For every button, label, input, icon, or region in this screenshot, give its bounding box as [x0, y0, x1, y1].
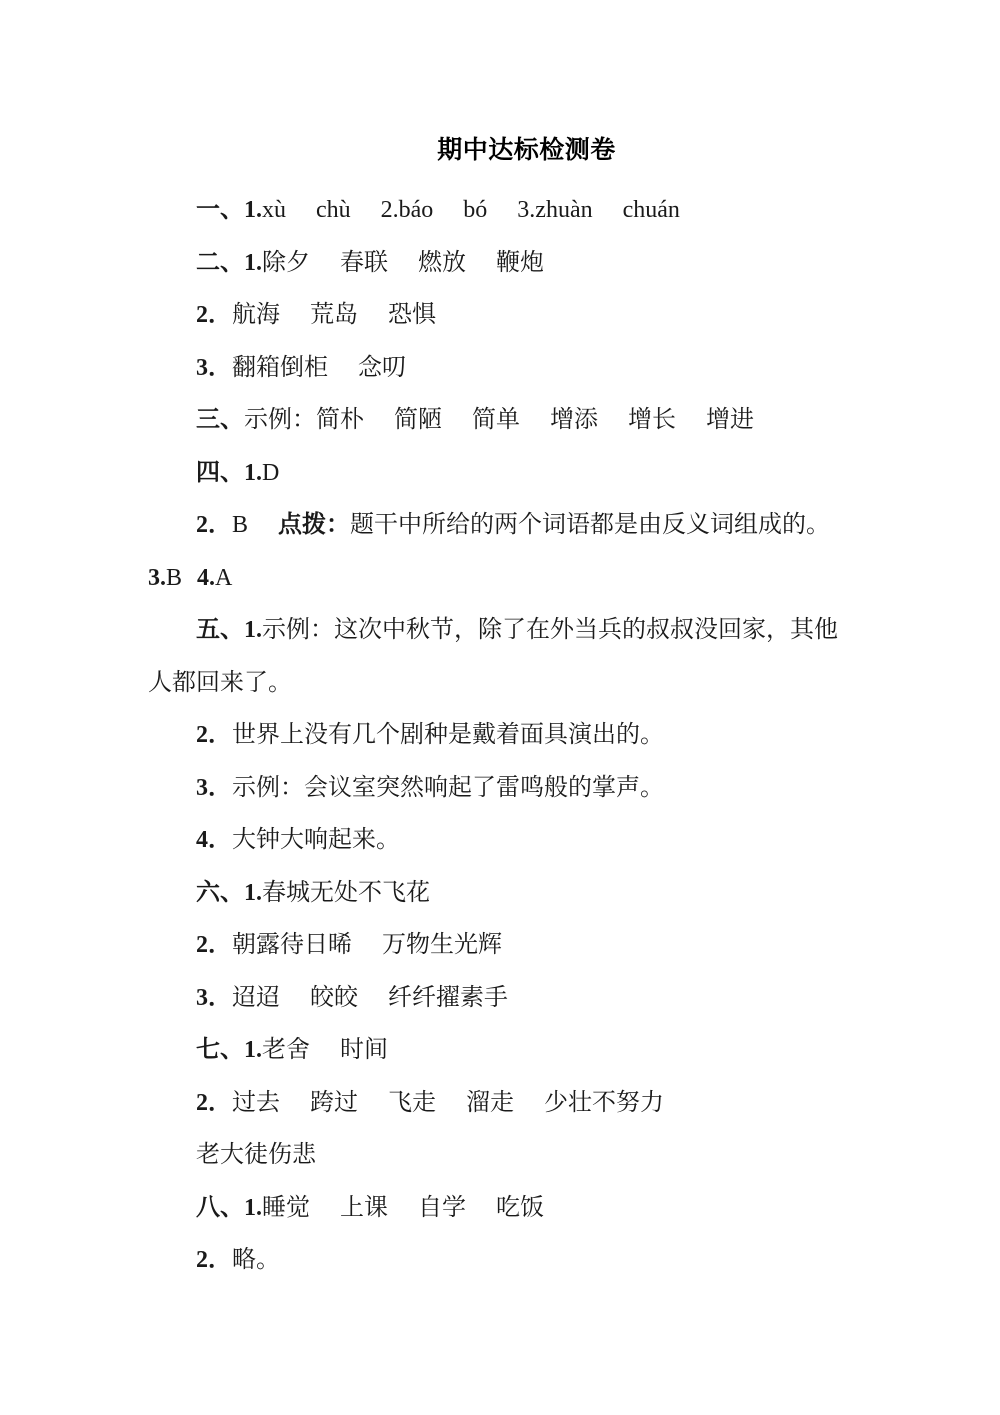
text-segment: 示例：这次中秋节，除了在外当兵的叔叔没回家，其他: [262, 617, 838, 643]
text-segment: B: [232, 512, 278, 538]
answer-line-5: 三、示例：简朴 简陋 简单 增添 增长 增进: [148, 394, 855, 447]
bold-label: 3.: [148, 565, 166, 591]
bold-label: 七、: [196, 1037, 244, 1063]
bold-label: 2．: [196, 722, 232, 748]
answer-line-6: 四、1.D: [148, 447, 855, 500]
page-title: 期中达标检测卷: [173, 132, 880, 168]
answer-line-21: 2．略。: [148, 1234, 855, 1287]
answer-line-17: 七、1.老舍 时间: [148, 1024, 855, 1077]
text-segment: 除夕 春联 燃放 鞭炮: [262, 250, 544, 276]
bold-label: 1.: [244, 880, 262, 906]
text-segment: D: [262, 460, 279, 486]
text-segment: 示例：会议室突然响起了雷鸣般的掌声。: [232, 775, 664, 801]
text-segment: 迢迢 皎皎 纤纤擢素手: [232, 985, 508, 1011]
document-page: 期中达标检测卷 一、1.xù chù 2.báo bó 3.zhuàn chuá…: [0, 0, 1000, 1415]
bold-label: 八、: [196, 1195, 244, 1221]
text-segment: 春城无处不飞花: [262, 880, 430, 906]
bold-label: 4.: [197, 565, 215, 591]
bold-label: 点拨：: [278, 512, 350, 538]
text-segment: 人都回来了。: [148, 670, 292, 696]
answer-line-8: 3.B 4.A: [148, 552, 855, 605]
text-segment: 航海 荒岛 恐惧: [232, 302, 436, 328]
bold-label: 1.: [244, 250, 262, 276]
bold-label: 1.: [244, 1037, 262, 1063]
text-segment: 示例：简朴 简陋 简单 增添 增长 增进: [244, 407, 754, 433]
text-segment: xù chù 2.báo bó 3.zhuàn chuán: [262, 197, 680, 223]
answer-line-1: 一、1.xù chù 2.báo bó 3.zhuàn chuán: [148, 184, 855, 237]
answer-line-4: 3．翻箱倒柜 念叨: [148, 342, 855, 395]
bold-label: 1.: [244, 617, 262, 643]
text-segment: 过去 跨过 飞走 溜走 少壮不努力: [232, 1090, 664, 1116]
bold-label: 1.: [244, 1195, 262, 1221]
bold-label: 2．: [196, 302, 232, 328]
answer-line-13: 4．大钟大响起来。: [148, 814, 855, 867]
bold-label: 2．: [196, 932, 232, 958]
text-segment: 睡觉 上课 自学 吃饭: [262, 1195, 544, 1221]
bold-label: 3．: [196, 355, 232, 381]
bold-label: 六、: [196, 880, 244, 906]
bold-label: 一、: [196, 197, 244, 223]
answer-line-7: 2．B 点拨：题干中所给的两个词语都是由反义词组成的。: [148, 499, 855, 552]
answer-list: 一、1.xù chù 2.báo bó 3.zhuàn chuán二、1.除夕 …: [148, 184, 855, 1287]
bold-label: 1.: [244, 197, 262, 223]
text-segment: 略。: [232, 1247, 280, 1273]
answer-line-12: 3．示例：会议室突然响起了雷鸣般的掌声。: [148, 762, 855, 815]
answer-line-16: 3．迢迢 皎皎 纤纤擢素手: [148, 972, 855, 1025]
text-segment: 老舍 时间: [262, 1037, 388, 1063]
answer-line-2: 二、1.除夕 春联 燃放 鞭炮: [148, 237, 855, 290]
text-segment: 题干中所给的两个词语都是由反义词组成的。: [350, 512, 830, 538]
answer-line-19: 老大徒伤悲: [148, 1129, 855, 1182]
answer-line-10: 人都回来了。: [148, 657, 855, 710]
text-segment: 翻箱倒柜 念叨: [232, 355, 406, 381]
answer-line-18: 2．过去 跨过 飞走 溜走 少壮不努力: [148, 1077, 855, 1130]
bold-label: 五、: [196, 617, 244, 643]
bold-label: 4．: [196, 827, 232, 853]
text-segment: 大钟大响起来。: [232, 827, 400, 853]
bold-label: 2．: [196, 1247, 232, 1273]
text-segment: 老大徒伤悲: [196, 1142, 316, 1168]
bold-label: 2．: [196, 512, 232, 538]
text-segment: B: [166, 565, 197, 591]
text-segment: 朝露待日晞 万物生光辉: [232, 932, 502, 958]
answer-line-14: 六、1.春城无处不飞花: [148, 867, 855, 920]
answer-line-11: 2．世界上没有几个剧种是戴着面具演出的。: [148, 709, 855, 762]
answer-line-9: 五、1.示例：这次中秋节，除了在外当兵的叔叔没回家，其他: [148, 604, 855, 657]
bold-label: 二、: [196, 250, 244, 276]
bold-label: 四、: [196, 460, 244, 486]
bold-label: 1.: [244, 460, 262, 486]
bold-label: 2．: [196, 1090, 232, 1116]
answer-line-15: 2．朝露待日晞 万物生光辉: [148, 919, 855, 972]
answer-line-20: 八、1.睡觉 上课 自学 吃饭: [148, 1182, 855, 1235]
answer-line-3: 2．航海 荒岛 恐惧: [148, 289, 855, 342]
bold-label: 3．: [196, 985, 232, 1011]
text-segment: 世界上没有几个剧种是戴着面具演出的。: [232, 722, 664, 748]
bold-label: 3．: [196, 775, 232, 801]
bold-label: 三、: [196, 407, 244, 433]
text-segment: A: [215, 565, 232, 591]
